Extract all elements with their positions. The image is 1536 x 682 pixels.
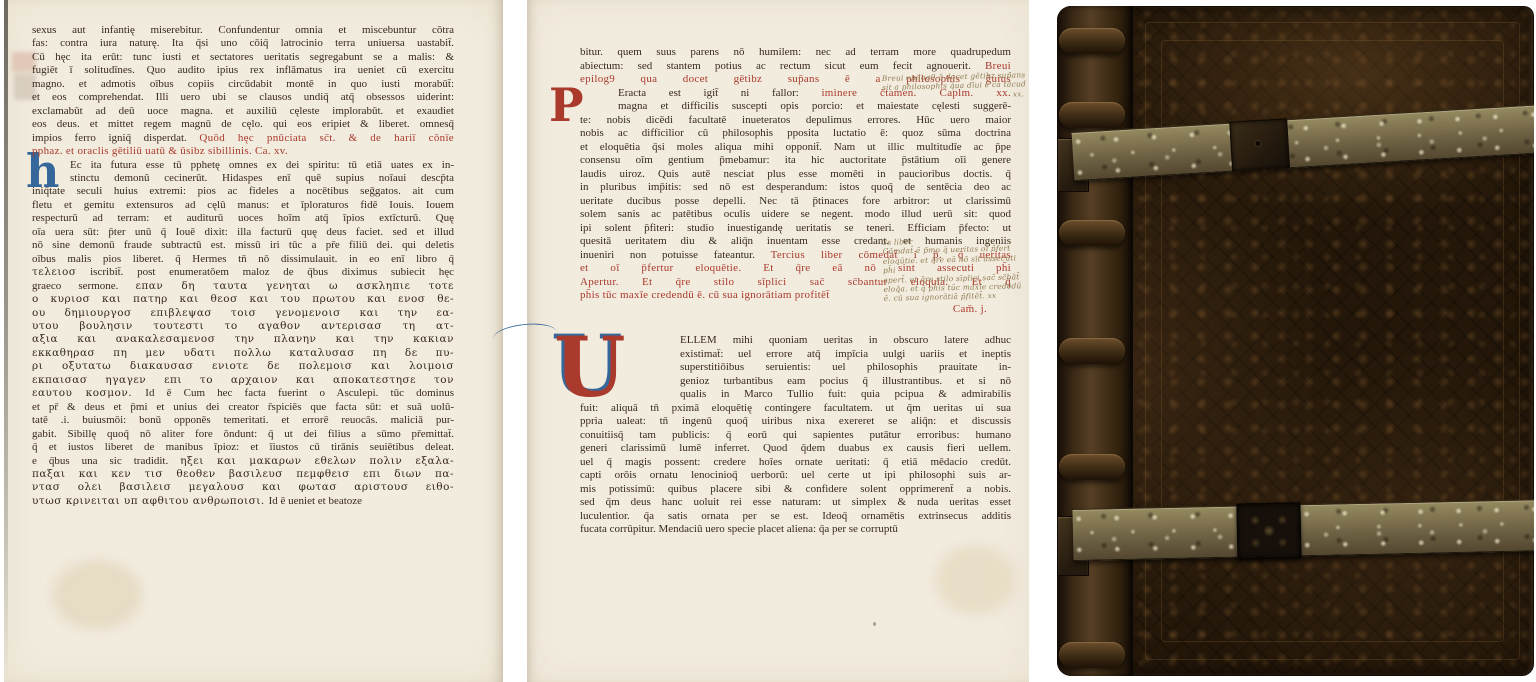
text-line: αξια και ανακαλεσαμενοσ την πλανην και τ… — [32, 333, 454, 346]
body-text: Id ē Cum hec facta fuerint o Asculepi. t… — [145, 387, 454, 399]
rubricated-initial-p: P — [549, 82, 584, 128]
body-text: iniq̄tate seculi huius extremi: pios ac … — [32, 185, 454, 197]
text-line: ντασ ολει βασιλεισ μεγαλουσ και φωτασ αρ… — [32, 481, 454, 494]
text-line: fas: contra iura naturę. Ita q̄si uno cō… — [32, 37, 454, 50]
text-line: respecturū ad terram: et auditurū uoces … — [32, 212, 454, 225]
text-line: eos deus. et mittet regem magnū de cęlo.… — [32, 118, 454, 131]
body-text: nobis ac difficilior cū philosophis ppos… — [580, 127, 1011, 139]
body-text: sed q̄m deus hanc uoluit rei esse natura… — [580, 496, 1011, 508]
spine-raised-band — [1059, 220, 1125, 246]
body-text: consensu oīm gentium p̄mebamur: ita hic … — [580, 154, 1011, 166]
text-line: uel q̄ magis possent: credere hoīes orna… — [580, 456, 1011, 470]
spine-raised-band — [1059, 338, 1125, 364]
text-line: magno. et admotis oībus copiis circūdabi… — [32, 78, 454, 91]
text-line: εκκαθηρασ πη μεν υδατι πολλω καταλυσασ π… — [32, 347, 454, 360]
body-text: graeco sermone. — [32, 280, 135, 292]
text-line: sed q̄m deus hanc uoluit rei esse natura… — [580, 496, 1011, 510]
text-line: παξαι και κεν τισ θεοθεν βασιλευσ πεμφθε… — [32, 468, 454, 481]
text-line: fucata corrūpitur. Mendaciū uero specie … — [580, 523, 1011, 537]
text-line: consensu oīm gentium p̄mebamur: ita hic … — [580, 154, 1011, 168]
left-page: h sexus aut infantię miserebitur. Confun… — [4, 0, 503, 682]
page-stain — [935, 545, 1015, 615]
greek-text: ο κυριοσ και πατηρ και θεοσ και του πρωτ… — [32, 293, 454, 305]
body-text: Cū hęc ita erūt: tunc iusti et sectatore… — [32, 51, 454, 63]
body-text: existimat̄: uel errore atq̄ impīcia uulg… — [680, 348, 1011, 360]
body-text: ueritate ducibus posse depelli. Nec tā p… — [580, 195, 1011, 207]
body-text: iscribit̄. post enumeratōem maloz de q̄b… — [76, 266, 454, 278]
text-line: Cam̄. j. — [580, 303, 1011, 317]
text-line: ueritate ducibus posse depelli. Nec tā p… — [580, 195, 1011, 209]
text-line: exclamabūt ad deū uoce magna. et auxiliū… — [32, 105, 454, 118]
greek-text: υτου βουλησιν τουτεστι το αγαθον αντερισ… — [32, 320, 454, 332]
greek-text: επαν δη ταυτα γενηται ω ασκληπιε τοτε — [135, 280, 454, 292]
text-line: luculentior. q̄a satis ornata per se est… — [580, 510, 1011, 524]
text-line: laudis uiroz. Quis autē nesciat plus ess… — [580, 168, 1011, 182]
body-text: oībus malis pios liberet. q̄ Hermes tn̄ … — [32, 253, 454, 265]
body-text: impios ferro igniq̄ disperdat. — [32, 132, 199, 144]
text-line: pphaz. et oraclis gētiliū uatū & ūsibz s… — [32, 145, 454, 158]
body-text: abiectum: sed stantem potius ac rectum s… — [580, 60, 985, 72]
margin-annotation-middle: 3s liberCōmdat̄ ē p̄mo q̄ ueritas oī p̄f… — [882, 234, 1026, 304]
greek-text: εαυτου κοσμον. — [32, 387, 145, 399]
body-text: e q̄bus una sic tradidit. — [32, 455, 180, 467]
text-line: generi clarissimū lumē inferret. Quod q̄… — [580, 442, 1011, 456]
middle-page-text-column-bottom: ELLEM mihi quoniam ueritas in obscuro la… — [580, 334, 1011, 537]
body-text: fas: contra iura naturę. Ita q̄si uno cō… — [32, 37, 454, 49]
rubric-text: Quōd hęc pnūciata sc̄t. & de hariī cōnīe — [199, 132, 454, 144]
greek-text: τελειοσ — [32, 266, 76, 278]
body-text: q̄ et iustos liberet de manibus īpioz: e… — [32, 441, 454, 453]
text-line: fuit: aliquā tn̄ pximā eloquētię conting… — [580, 402, 1011, 416]
body-text: qualis in Marco Tullio fuit: quia pcipua… — [680, 388, 1011, 400]
spine-raised-band — [1059, 454, 1125, 480]
body-text: stinctu demonū cecinerūt. Hidaspes enī q… — [70, 172, 454, 184]
text-line: ppria ualeat: tn̄ ingenū quoq̄ uiribus n… — [580, 415, 1011, 429]
text-line: solem sanis ac patētibus oculis uidere s… — [580, 208, 1011, 222]
body-text: capti orōis ornatu lenocinioq̄ uerborū: … — [580, 469, 1011, 481]
body-text: generi clarissimū lumē inferret. Quod q̄… — [580, 442, 1011, 454]
body-text: ELLEM mihi quoniam ueritas in obscuro la… — [680, 334, 1011, 346]
text-line: qualis in Marco Tullio fuit: quia pcipua… — [580, 388, 1011, 402]
text-line: nobis ac difficilior cū philosophis ppos… — [580, 127, 1011, 141]
text-line: capti orōis ornatu lenocinioq̄ uerborū: … — [580, 469, 1011, 483]
text-line: fletu et gemitu extensuros ad cęlū manus… — [32, 199, 454, 212]
text-line: genioz turbantibus eam pocius q̄ illustr… — [580, 375, 1011, 389]
text-line: ο κυριοσ και πατηρ και θεοσ και του πρωτ… — [32, 293, 454, 306]
text-line: ELLEM mihi quoniam ueritas in obscuro la… — [580, 334, 1011, 348]
body-text: sexus aut infantię miserebitur. Confunde… — [32, 24, 454, 36]
text-line: graeco sermone. επαν δη ταυτα γενηται ω … — [32, 280, 454, 293]
text-line: fugiēt ī solitudīnes. Quo audito ipius r… — [32, 64, 454, 77]
body-text: tatē .i. buiusmōi: bonū opponēs temerita… — [32, 414, 454, 426]
page-stain — [52, 560, 142, 630]
text-line: superstitiōibus seruientis: uel philosop… — [580, 361, 1011, 375]
ink-speck — [873, 622, 876, 626]
body-text: respecturū ad terram: et auditurū uoces … — [32, 212, 454, 224]
spine-raised-band — [1059, 642, 1125, 668]
body-text: fucata corrūpitur. Mendaciū uero specie … — [580, 523, 898, 535]
body-text: eos deus. et mittet regem magnū de cęlo.… — [32, 118, 454, 130]
text-line: conuitiisq̄ tam publicis: q̄ eorū qui sa… — [580, 429, 1011, 443]
gloss-text: xx. — [1013, 89, 1025, 98]
body-text: Eracta est igit̄ ni fallor: — [618, 87, 821, 99]
text-line: impios ferro igniq̄ disperdat. Quōd hęc … — [32, 132, 454, 145]
body-text: exclamabūt ad deū uoce magna. et auxiliū… — [32, 105, 454, 117]
text-line: tatē .i. buiusmōi: bonū opponēs temerita… — [32, 414, 454, 427]
text-line: iniq̄tate seculi huius extremi: pios ac … — [32, 185, 454, 198]
rubric-text: ph̄is tūc maxīe credendū ē. cū sua ignor… — [580, 289, 830, 301]
text-line: et eloquētia q̄si moles aliqua mihi oppo… — [580, 141, 1011, 155]
body-text: fletu et gemitu extensuros ad cęlū manus… — [32, 199, 454, 211]
page-edge — [4, 0, 8, 682]
text-line: existimat̄: uel errore atq̄ impīcia uulg… — [580, 348, 1011, 362]
text-line: Cū hęc ita erūt: tunc iusti et sectatore… — [32, 51, 454, 64]
text-line: υτου βουλησιν τουτεστι το αγαθον αντερισ… — [32, 320, 454, 333]
body-text: uel q̄ magis possent: credere hoīes orna… — [580, 456, 1011, 468]
greek-text: εκκαθηρασ πη μεν υδατι πολλω καταλυσασ π… — [32, 347, 454, 359]
body-text: in pluribus imp̄itis: sed nō est despera… — [580, 181, 1011, 193]
spine-raised-band — [1059, 28, 1125, 54]
body-text: fuit: aliquā tn̄ pximā eloquētię conting… — [580, 402, 1011, 414]
greek-text: παξαι και κεν τισ θεοθεν βασιλευσ πεμφθε… — [32, 468, 454, 480]
spine-raised-band — [1059, 102, 1125, 128]
body-text: ppria ualeat: tn̄ ingenū quoq̄ uiribus n… — [580, 415, 1011, 427]
body-text: oīa uera sūt: p̄ter unū q̄ Iouē dixit: i… — [32, 226, 454, 238]
clasp-strap-bottom — [1072, 499, 1534, 561]
text-line: e q̄bus una sic tradidit. ηξει και μακαρ… — [32, 455, 454, 468]
greek-text: εκπαισασ ηγαγεν επι το αρχαιον και αποκα… — [32, 374, 454, 386]
scan-background: h sexus aut infantię miserebitur. Confun… — [0, 0, 1536, 682]
greek-text: αξια και ανακαλεσαμενοσ την πλανην και τ… — [32, 333, 454, 345]
text-line: in pluribus imp̄itis: sed nō est despera… — [580, 181, 1011, 195]
body-text: genioz turbantibus eam pocius q̄ illustr… — [680, 375, 1011, 387]
strap-boss — [1236, 502, 1301, 559]
body-text: superstitiōibus seruientis: uel philosop… — [680, 361, 1011, 373]
text-line: υτωσ κρινειται υπ αφθιτου ανθρωποισι. Id… — [32, 495, 454, 508]
body-text: nō sine demonū fraude subtractū est. mis… — [32, 239, 454, 251]
body-text: luculentior. q̄a satis ornata per se est… — [580, 510, 1011, 522]
text-line: gabit. Sibillę quoq̄ nō aliter fore ōndu… — [32, 428, 454, 441]
text-line: oībus malis pios liberet. q̄ Hermes tn̄ … — [32, 253, 454, 266]
text-line: τελειοσ iscribit̄. post enumeratōem malo… — [32, 266, 454, 279]
book-binding-cover — [1057, 6, 1534, 676]
body-text: solem sanis ac patētibus oculis uidere s… — [580, 208, 1011, 220]
body-text: te: nobis dicēdi facultatē inueteratos d… — [580, 114, 1011, 126]
body-text: et pr̄ & deus et p̄mi et unius dei creat… — [32, 401, 454, 413]
strap-plaque — [1229, 118, 1290, 171]
text-line: et eos comprehendat. Illi uero ubi se cl… — [32, 91, 454, 104]
greek-text: υτωσ κρινειται υπ αφθιτου ανθρωποισι. — [32, 495, 269, 507]
body-text: magna et difficilis suscepti opis porcio… — [618, 100, 1011, 112]
rubric-text: pphaz. et oraclis gētiliū uatū & ūsibz s… — [32, 145, 288, 157]
body-text: fugiēt ī solitudīnes. Quo audito ipius r… — [32, 64, 454, 76]
greek-text: ου δημιουργοσ επιβλεψασ τοισ γενομενοισ … — [32, 307, 454, 319]
text-line: ου δημιουργοσ επιβλεψασ τοισ γενομενοισ … — [32, 307, 454, 320]
left-page-text-column: sexus aut infantię miserebitur. Confunde… — [32, 24, 454, 508]
greek-text: ηξει και μακαρων εθελων πολιν εξαλα- — [180, 455, 454, 467]
middle-page: P bitur. quem suus parens nō humilem: ne… — [527, 0, 1029, 682]
body-text: Id ē ueniet et beatoze — [269, 495, 362, 507]
body-text: bitur. quem suus parens nō humilem: nec … — [580, 46, 1011, 58]
text-line: et pr̄ & deus et p̄mi et unius dei creat… — [32, 401, 454, 414]
text-line: ipi solent p̄fiteri: studio inuestigandę… — [580, 222, 1011, 236]
greek-text: ντασ ολει βασιλεισ μεγαλουσ και φωτασ αρ… — [32, 481, 454, 493]
text-line: oīa uera sūt: p̄ter unū q̄ Iouē dixit: i… — [32, 226, 454, 239]
text-line: nō sine demonū fraude subtractū est. mis… — [32, 239, 454, 252]
text-line: stinctu demonū cecinerūt. Hidaspes enī q… — [32, 172, 454, 185]
text-line: mis potissimū: quibus placere sibi & con… — [580, 483, 1011, 497]
text-line: magna et difficilis suscepti opis porcio… — [580, 100, 1011, 114]
text-line: ρι οξυτατω διακαυσασ ενιοτε δε πολεμοισ … — [32, 360, 454, 373]
text-line: te: nobis dicēdi facultatē inueteratos d… — [580, 114, 1011, 128]
body-text: conuitiisq̄ tam publicis: q̄ eorū qui sa… — [580, 429, 1011, 441]
body-text: et eos comprehendat. Illi uero ubi se cl… — [32, 91, 454, 103]
text-line: sexus aut infantię miserebitur. Confunde… — [32, 24, 454, 37]
text-line: bitur. quem suus parens nō humilem: nec … — [580, 46, 1011, 60]
text-line: q̄ et iustos liberet de manibus īpioz: e… — [32, 441, 454, 454]
body-text: gabit. Sibillę quoq̄ nō aliter fore ōndu… — [32, 428, 454, 440]
rubric-text: Cam̄. j. — [953, 303, 987, 315]
body-text: laudis uiroz. Quis autē nesciat plus ess… — [580, 168, 1011, 180]
body-text: et eloquētia q̄si moles aliqua mihi oppo… — [580, 141, 1011, 153]
body-text: Ec ita futura esse tū pphetę omnes ex de… — [70, 159, 454, 171]
text-line: Ec ita futura esse tū pphetę omnes ex de… — [32, 159, 454, 172]
text-line: εκπαισασ ηγαγεν επι το αρχαιον και αποκα… — [32, 374, 454, 387]
margin-annotation-top: Breui epilog9 q̄ docet gētibz sup̄anssit… — [882, 70, 1035, 102]
body-text: ipi solent p̄fiteri: studio inuestigandę… — [580, 222, 1011, 234]
text-line: εαυτου κοσμον. Id ē Cum hec facta fuerin… — [32, 387, 454, 400]
body-text: inueniri non potuisse fateantur. — [580, 249, 771, 261]
body-text: magno. et admotis oībus copiis circūdabi… — [32, 78, 454, 90]
body-text: mis potissimū: quibus placere sibi & con… — [580, 483, 1011, 495]
greek-text: ρι οξυτατω διακαυσασ ενιοτε δε πολεμοισ … — [32, 360, 454, 372]
text-line: abiectum: sed stantem potius ac rectum s… — [580, 60, 1011, 74]
